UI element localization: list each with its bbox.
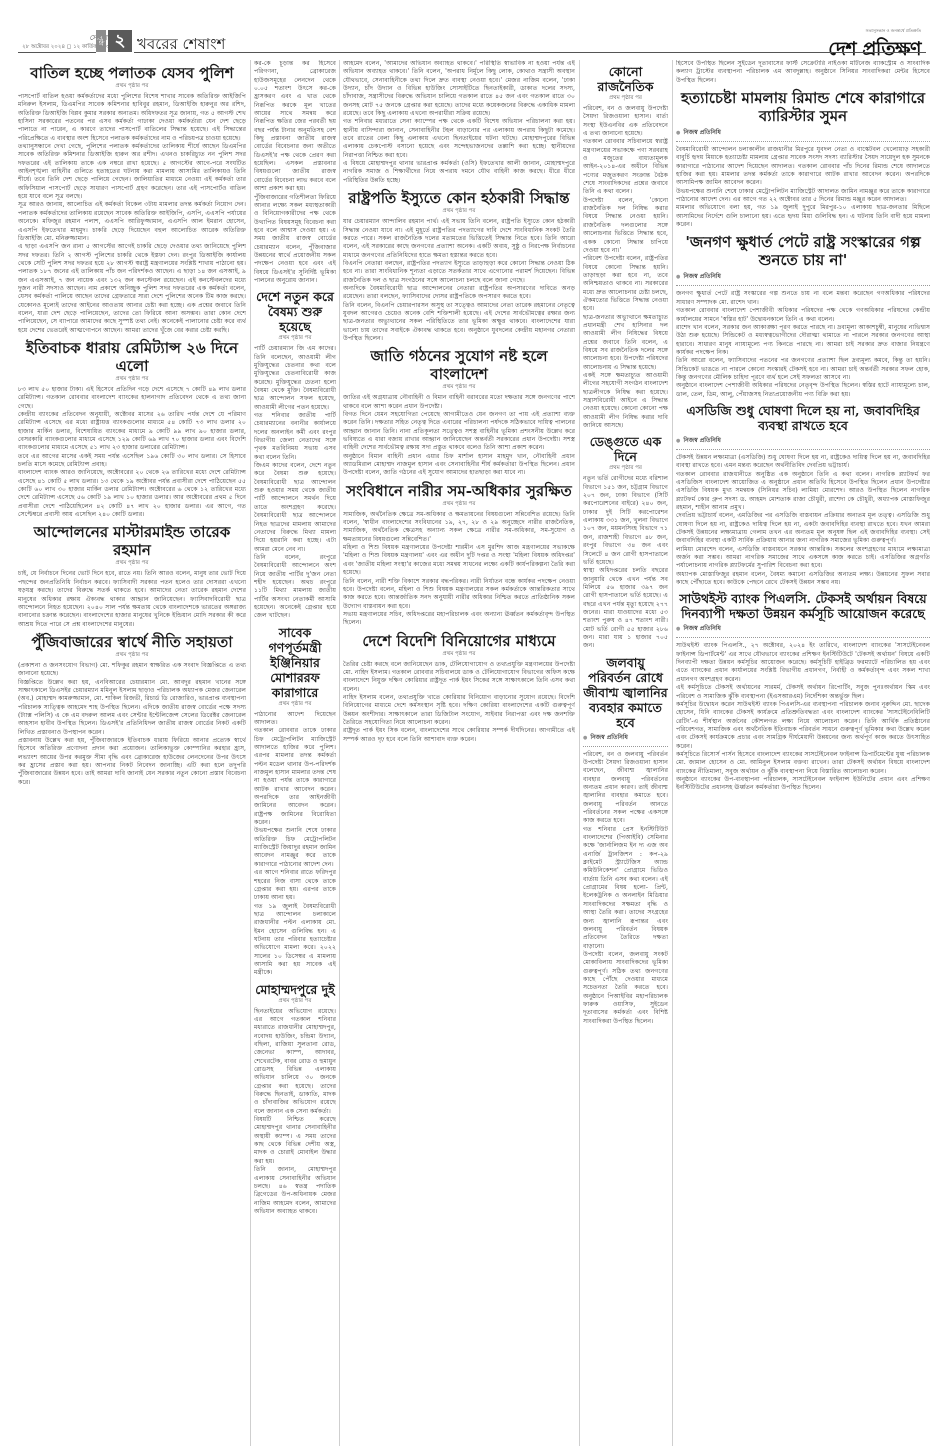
- paragraph: গত শনিবার জাতীয় পার্টি চেয়ারম্যানের বন…: [254, 412, 336, 462]
- headline: এসডিজি শুধু ঘোষণা দিলে হয় না, জবাবদিহির…: [676, 403, 930, 433]
- paragraph: উভয়পক্ষের শুনানি শেষে ঢাকার মেট্রোপলিটন…: [676, 188, 930, 205]
- paragraph: রাষ্ট্রদূত পার্ক ইয়ং সিক বলেন, বাংলাদেশ…: [343, 727, 575, 744]
- headline: বাতিল হচ্ছে পলাতক যেসব পুলিশ: [18, 64, 246, 82]
- headline: জাতি গঠনের সুযোগ নষ্ট হলে বাংলাদেশ: [343, 347, 575, 383]
- paragraph: যার চেয়ারম্যান আন্দালিব রহমান পার্থ। এই…: [343, 218, 575, 260]
- paragraph: বৈষম্যবিরোধী আন্দোলন চলাকালীন রাজধানীর ম…: [676, 146, 930, 188]
- article-foreign-investment: দেশে বিদেশি বিনিয়োগের মাধ্যমে প্রথম পৃষ…: [343, 632, 575, 744]
- byline: নিজস্ব প্রতিনিধি: [676, 127, 930, 138]
- continuation-label: প্রথম পৃষ্ঠার পর: [343, 501, 575, 509]
- continuation-label: প্রথম পৃষ্ঠার পর: [254, 998, 336, 1006]
- headline: 'জনগণ ক্ষুধার্ত পেটে রাষ্ট্র সংস্কারের গ…: [676, 233, 930, 269]
- continuation-label: প্রথম পৃষ্ঠার পর: [254, 335, 336, 343]
- paragraph: অনুষ্ঠানে বিমান বাহিনী প্রধান এয়ার চিফ …: [343, 453, 575, 478]
- paragraph: এ বিষয়ে মোহাম্মদপুর থানার ভারপ্রাপ্ত কর…: [343, 160, 575, 185]
- column-1: বাতিল হচ্ছে পলাতক যেসব পুলিশ প্রথম পৃষ্ঠ…: [18, 60, 246, 1446]
- continuation-label: প্রথম পৃষ্ঠার পর: [254, 701, 336, 709]
- paragraph: কর্মসূচির উদ্বোধন করেন সাউথইস্ট ব্যাংক প…: [676, 701, 930, 751]
- paragraph: বিজ্ঞপ্তিতে উল্লেখ করা হয়, এনবিআরের চেয…: [18, 679, 246, 737]
- paragraph: তথ্যানুসন্ধানে দেখা গেছে, পুলিশের পলাতক …: [18, 143, 246, 201]
- paragraph: মহিলা ও শিশু বিষয়ক মন্ত্রণালয়ের উপদেষ্…: [343, 544, 575, 577]
- paragraph: ছাত্র-জনতার অভ্যুত্থানে ক্ষমতাচ্যুত প্রধ…: [583, 314, 668, 372]
- article-tarique: আন্দোলনের মাস্টারমাইন্ড তারেক রহমান প্রথ…: [18, 523, 246, 628]
- paragraph: তিনি বলেন, নারী শক্তি বিকাশে সরকার বদ্ধপ…: [343, 578, 575, 611]
- paragraph: কর-কে চূড়ান্ত কর হিসেবে পরিগণনা, ব্রোকা…: [254, 60, 336, 194]
- paragraph: অনুষ্ঠানে বাংলাদেশ পেশাজীবী অধিকার পরিষদ…: [676, 382, 930, 399]
- headline: আন্দোলনের মাস্টারমাইন্ড তারেক রহমান: [18, 523, 246, 559]
- article-police: বাতিল হচ্ছে পলাতক যেসব পুলিশ প্রথম পৃষ্ঠ…: [18, 64, 246, 335]
- paragraph: সামাজিক, অর্থনৈতিক ক্ষেত্রে সম-অধিকার ও …: [343, 511, 575, 544]
- continuation-label: প্রথম পৃষ্ঠার পর: [343, 208, 575, 216]
- paragraph: গত ১৯ জুলাই বৈষম্যবিরোধী ছাত্র আন্দোলন চ…: [254, 903, 336, 978]
- paragraph: তিনি জানান, মোহাম্মদপুর এলাকায় সেনাবাহি…: [254, 1166, 336, 1216]
- article-hungry-people: 'জনগণ ক্ষুধার্ত পেটে রাষ্ট্র সংস্কারের গ…: [676, 233, 930, 398]
- paragraph: পুঁজিবাজারের গতিশীলতা ফিরিয়ে আনার লক্ষ্…: [254, 194, 336, 286]
- article-barrister-sumon: হত্যাচেষ্টা মামলায় রিমান্ড শেষে কারাগার…: [676, 89, 930, 229]
- continuation-label: প্রথম পৃষ্ঠার পর: [583, 465, 668, 473]
- paragraph: উপদেষ্টা বলেন, জলবায়ু সংকট মোকাবিলায় স…: [583, 951, 668, 1026]
- column-divider: [579, 60, 580, 1446]
- paragraph: পরিবেশ, বন ও জলবায়ু পরিবর্তন উপদেষ্টা স…: [583, 751, 668, 826]
- paragraph: সাউথইস্ট ব্যাংক পিএলসি., ২৭ অক্টোবর, ২০২…: [676, 642, 930, 684]
- paragraph: তিনি বলেন, বিএনপি চেয়ারপারসন অসুস্থ তা …: [343, 302, 575, 344]
- column-divider: [672, 60, 673, 1446]
- paragraph: জনগণ ক্ষুধার্ত পেটে রাষ্ট্র সংস্কারের গল…: [676, 290, 930, 307]
- headline: পুঁজিবাজারের স্বার্থে নীতি সহায়তা: [18, 633, 246, 651]
- headline: সাবেক গণপূর্তমন্ত্রী ইঞ্জিনিয়ার মোশাররফ…: [254, 625, 336, 700]
- brand-name: দেশ প্রতিক্ষণ: [828, 38, 921, 60]
- headline: সাউথইস্ট ব্যাংক পিএলসি. টেকসই অর্থায়ন ব…: [676, 591, 930, 621]
- page-number: ২: [108, 30, 132, 52]
- column-4: কোনো রাজনৈতিক প্রথম পৃষ্ঠার পর পরিবেশ, ব…: [583, 60, 668, 1446]
- paragraph: পার্টি চেয়ারম্যান জি এম কাদের। তিনি বলে…: [254, 345, 336, 412]
- paragraph: পরিবেশ, বন ও জলবায়ু উপদেষ্টা সৈয়দা রিজ…: [583, 105, 668, 138]
- byline: নিজস্ব প্রতিনিধি: [676, 623, 930, 634]
- paragraph: লামিয়া মোরশেদ বলেন, এসডিজি বাস্তবায়নে …: [676, 546, 930, 571]
- paragraph: গতকাল রোববার সচিবালয়ে স্বরাষ্ট্র মন্ত্র…: [583, 138, 668, 196]
- article-mohammadpur: মোহাম্মদপুরে দুই প্রথম পৃষ্ঠার পর ছিনতাই…: [254, 982, 336, 1217]
- paragraph: পরিবেশ উপদেষ্টা বলেন, রাষ্ট্রপতির বিষয়ে…: [583, 255, 668, 313]
- paragraph: হিসেবে উপস্থিত ছিলেন সুইডেন দূতাবাসের ফা…: [676, 60, 930, 85]
- paragraph: কর্মসূচিতে রিসোর্স পার্সন হিসেবে বাংলাদে…: [676, 751, 930, 776]
- article-sdg: এসডিজি শুধু ঘোষণা দিলে হয় না, জবাবদিহির…: [676, 403, 930, 588]
- paragraph: তৈরির চেষ্টা করছে বলে জানিয়েছেন ডাক, টে…: [343, 661, 575, 694]
- byline: নিজস্ব প্রতিনিধি: [583, 732, 668, 743]
- paragraph: অন্যদিকে বৈষম্যবিরোধী ছাত্র আন্দোলনের নে…: [343, 285, 575, 302]
- paragraph: তিনি বলেন, রংপুরে বৈষম্যবিরোধী আন্দোলনে …: [254, 554, 336, 621]
- headline: কোনো রাজনৈতিক: [583, 64, 668, 94]
- paragraph: পাসপোর্ট বাতিল হওয়া কর্মকর্তাদের মধ্যে …: [18, 93, 246, 143]
- paragraph: বিএনপি নেতারা বলছেন, রাষ্ট্রপতির পদত্যাগ…: [343, 260, 575, 285]
- paragraph: প্রস্তাবনায় উল্লেখ করা হয়, পুঁজিবাজারক…: [18, 737, 246, 787]
- paragraph: সূত্র আরও জানায়, আলোচিত এই কর্মকর্তা বি…: [18, 201, 246, 243]
- continuation-label: প্রথম পৃষ্ঠার পর: [343, 384, 575, 392]
- paragraph: কেন্দ্রীয় ব্যাংকের প্রতিবেদন অনুযায়ী, …: [18, 411, 246, 453]
- article-nation-building: জাতি গঠনের সুযোগ নষ্ট হলে বাংলাদেশ প্রথম…: [343, 347, 575, 477]
- divider: [676, 285, 930, 286]
- page-label: পৃষ্ঠা: [96, 30, 106, 52]
- headline: দেশে নতুন করে বৈষম্য শুরু হয়েছে: [254, 289, 336, 334]
- paragraph: গত শনিবার মধ্যরাতে সেনা ক্যাম্পের পক্ষ থ…: [343, 118, 575, 160]
- column-divider: [339, 60, 340, 1446]
- headline: রাষ্ট্রপতি ইস্যুতে কোন হঠকারী সিদ্ধান্ত: [343, 189, 575, 207]
- paragraph: বিষয়টি নিশ্চিত করেছে মোহাম্মদপুর থানার …: [254, 1116, 336, 1166]
- divider: [583, 746, 668, 747]
- paragraph: স্বাস্থ্য অধিদপ্তরের চলতি বছরের জানুয়ার…: [583, 567, 668, 650]
- continuation-label: প্রথম পৃষ্ঠার পর: [18, 560, 246, 568]
- paragraph: অনুষ্ঠানে ব্যাংকের উপ-ব্যবস্থাপনা পরিচাল…: [676, 776, 930, 793]
- headline: ডেঙ্গুতে এক দিনে: [583, 434, 668, 464]
- paragraph: (প্রকাশনা ও জনসংযোগ বিভাগ) মো. শফিকুর রহ…: [18, 662, 246, 679]
- paragraph: গতকাল রোববার তাকে ঢাকার চিফ মেট্রোপলিটন …: [254, 727, 336, 827]
- headline: দেশে বিদেশি বিনিয়োগের মাধ্যমে: [343, 632, 575, 650]
- column-divider: [250, 60, 251, 1446]
- masthead: সোমবার ২৮ অক্টোবর ২০২৪ ◻ ১২ কার্তিক ১৪৩১…: [0, 0, 945, 52]
- continuation-label: প্রথম পৃষ্ঠার পর: [583, 95, 668, 103]
- column-2: কর-কে চূড়ান্ত কর হিসেবে পরিগণনা, ব্রোকা…: [254, 60, 336, 1446]
- section-title: খবরের শেষাংশ: [137, 33, 225, 58]
- article-mosharraf: সাবেক গণপূর্তমন্ত্রী ইঞ্জিনিয়ার মোশাররফ…: [254, 625, 336, 978]
- headline: মোহাম্মদপুরে দুই: [254, 982, 336, 997]
- continuation-label: প্রথম পৃষ্ঠার পর: [343, 651, 575, 659]
- paragraph: বাংলাদেশ ব্যাংক আরও জানিয়েছে, অক্টোবরের…: [18, 469, 246, 519]
- header-rule: [134, 52, 926, 53]
- byline: নিজস্ব প্রতিনিধি: [676, 435, 930, 446]
- paragraph: ৮৩ লাখ ৫০ হাজার টাকা। এই হিসেবে প্রতিদিন…: [18, 386, 246, 411]
- column-5: হিসেবে উপস্থিত ছিলেন সুইডেন দূতাবাসের ফা…: [676, 60, 930, 1446]
- paragraph: গতকাল রোববার রাজধানীতে অনুষ্ঠিত এক অনুষ্…: [676, 471, 930, 513]
- paragraph: রাশেদ খান বলেন, সরকার জন আকাঙ্ক্ষা পূরণ …: [676, 324, 930, 357]
- continuation-label: প্রথম পৃষ্ঠার পর: [18, 376, 246, 384]
- headline: ইতিবাচক ধারায় রেমিট্যান্স ২৬ দিনে এলো: [18, 339, 246, 375]
- column-3: আহমেদ বলেন, 'আমাদের অভিযান অব্যাহত থাকবে…: [343, 60, 575, 1446]
- divider: [676, 637, 930, 638]
- paragraph: তবে এর আগের মাসের একই সময় পর্যন্ত এসেছি…: [18, 453, 246, 470]
- article-southeast-bank: সাউথইস্ট ব্যাংক পিএলসি. টেকসই অর্থায়ন ব…: [676, 591, 930, 792]
- paragraph: এ ছাড়া এএসপি জন রানা ৫ আগস্টের আগেই চাক…: [18, 243, 246, 335]
- article-women-rights: সংবিধানে নারীর সম-অধিকার সুরক্ষিত প্রথম …: [343, 482, 575, 628]
- paragraph: টেকসই উন্নয়ন লক্ষ্যমাত্রা (এসডিজি) শুধু…: [676, 454, 930, 471]
- divider: [676, 449, 930, 450]
- paragraph: গতকাল রোববার বাংলাদেশ পেশাজীবী অধিকার পর…: [676, 307, 930, 324]
- paragraph: উভয়পক্ষের শুনানি শেষে ঢাকার অতিরিক্ত চি…: [254, 827, 336, 869]
- headline: জলবায়ু পরিবর্তন রোধে জীবাশ্ম জ্বালানির …: [583, 655, 668, 730]
- paragraph: সভায় মন্ত্রণালয়ের সচিব, অধিদপ্তরের মহা…: [343, 611, 575, 628]
- paragraph: পাঠানোর আদেশ দিয়েছেন আদালত।: [254, 711, 336, 728]
- headline: হত্যাচেষ্টা মামলায় রিমান্ড শেষে কারাগার…: [676, 89, 930, 125]
- header-rule: [18, 52, 96, 53]
- article-president: রাষ্ট্রপতি ইস্যুতে কোন হঠকারী সিদ্ধান্ত …: [343, 189, 575, 343]
- brand-tagline: সত্যানুসন্ধান ও জনস্বার্থে প্রতিশ্রুতি: [828, 28, 921, 35]
- byline: নিজস্ব প্রতিনিধি: [676, 271, 930, 282]
- paragraph: উপদেষ্টা বলেন, 'কোনো রাজনৈতিক দল নিষিদ্ধ…: [583, 197, 668, 255]
- continuation-label: প্রথম পৃষ্ঠার পর: [18, 83, 246, 91]
- paragraph: নাহিদ ইসলাম বলেন, তথ্যপ্রযুক্তি খাতে কোর…: [343, 694, 575, 727]
- paragraph: অধ্যাপক মোস্তাফিজুর রহমান বলেন, বৈষম্য ক…: [676, 571, 930, 588]
- article-political: কোনো রাজনৈতিক প্রথম পৃষ্ঠার পর পরিবেশ, ব…: [583, 64, 668, 430]
- article-remittance: ইতিবাচক ধারায় রেমিট্যান্স ২৬ দিনে এলো প…: [18, 339, 246, 520]
- article-discrimination: দেশে নতুন করে বৈষম্য শুরু হয়েছে প্রথম প…: [254, 289, 336, 620]
- continuation-label: প্রথম পৃষ্ঠার পর: [18, 652, 246, 660]
- paragraph: একই সঙ্গে ক্ষমতাচ্যুত আওয়ামী লীগের সহযো…: [583, 372, 668, 430]
- paragraph: দেবপ্রিয় ভট্টাচার্য বলেন, এমডিজির পর এস…: [676, 512, 930, 545]
- article-climate: জলবায়ু পরিবর্তন রোধে জীবাশ্ম জ্বালানির …: [583, 655, 668, 1026]
- paragraph: জিএম কাদের বলেন, দেশে নতুন করে বৈষম্য শু…: [254, 462, 336, 554]
- paragraph: এর আগে শনিবার রাতে ফরিদপুর শহরের নিজ বাস…: [254, 869, 336, 902]
- headline: সংবিধানে নারীর সম-অধিকার সুরক্ষিত: [343, 482, 575, 500]
- paragraph: নতুন ভর্তি রোগীদের মধ্যে বরিশাল বিভাগে ১…: [583, 475, 668, 567]
- article-capital-market: পুঁজিবাজারের স্বার্থে নীতি সহায়তা প্রথম…: [18, 633, 246, 787]
- paragraph: এই কর্মসূচিতে টেকসই অর্থায়নের সারমর্ম, …: [676, 684, 930, 701]
- paragraph: মামলার অভিযোগে বলা হয়, গত ১৯ জুলাই দুপু…: [676, 204, 930, 229]
- paragraph: তিনি আরো বলেন, ফ্যাসিবাদের পতনের পর জনগণ…: [676, 357, 930, 382]
- paragraph: ছিনতাইয়ের অভিযোগ রয়েছে। এর আগে গতকাল শ…: [254, 1008, 336, 1116]
- paragraph: গত শনিবার প্রেস ইনস্টিটিউট বাংলাদেশের (প…: [583, 826, 668, 951]
- paragraph: বিগত দিনে যেমন সহযোগিতা পেয়েছে আগামীতেও…: [343, 411, 575, 453]
- divider: [676, 141, 930, 142]
- article-dengue: ডেঙ্গুতে এক দিনে প্রথম পৃষ্ঠার পর নতুন ভ…: [583, 434, 668, 650]
- paragraph: চাই, যে নির্বাচনে দিনের ভোট দিনে হবে, রা…: [18, 570, 246, 628]
- paragraph: আহমেদ বলেন, 'আমাদের অভিযান অব্যাহত থাকবে…: [343, 60, 575, 118]
- paragraph: জাতির এই অগ্রযাত্রায় নৌবাহিনী ও বিমান ব…: [343, 394, 575, 411]
